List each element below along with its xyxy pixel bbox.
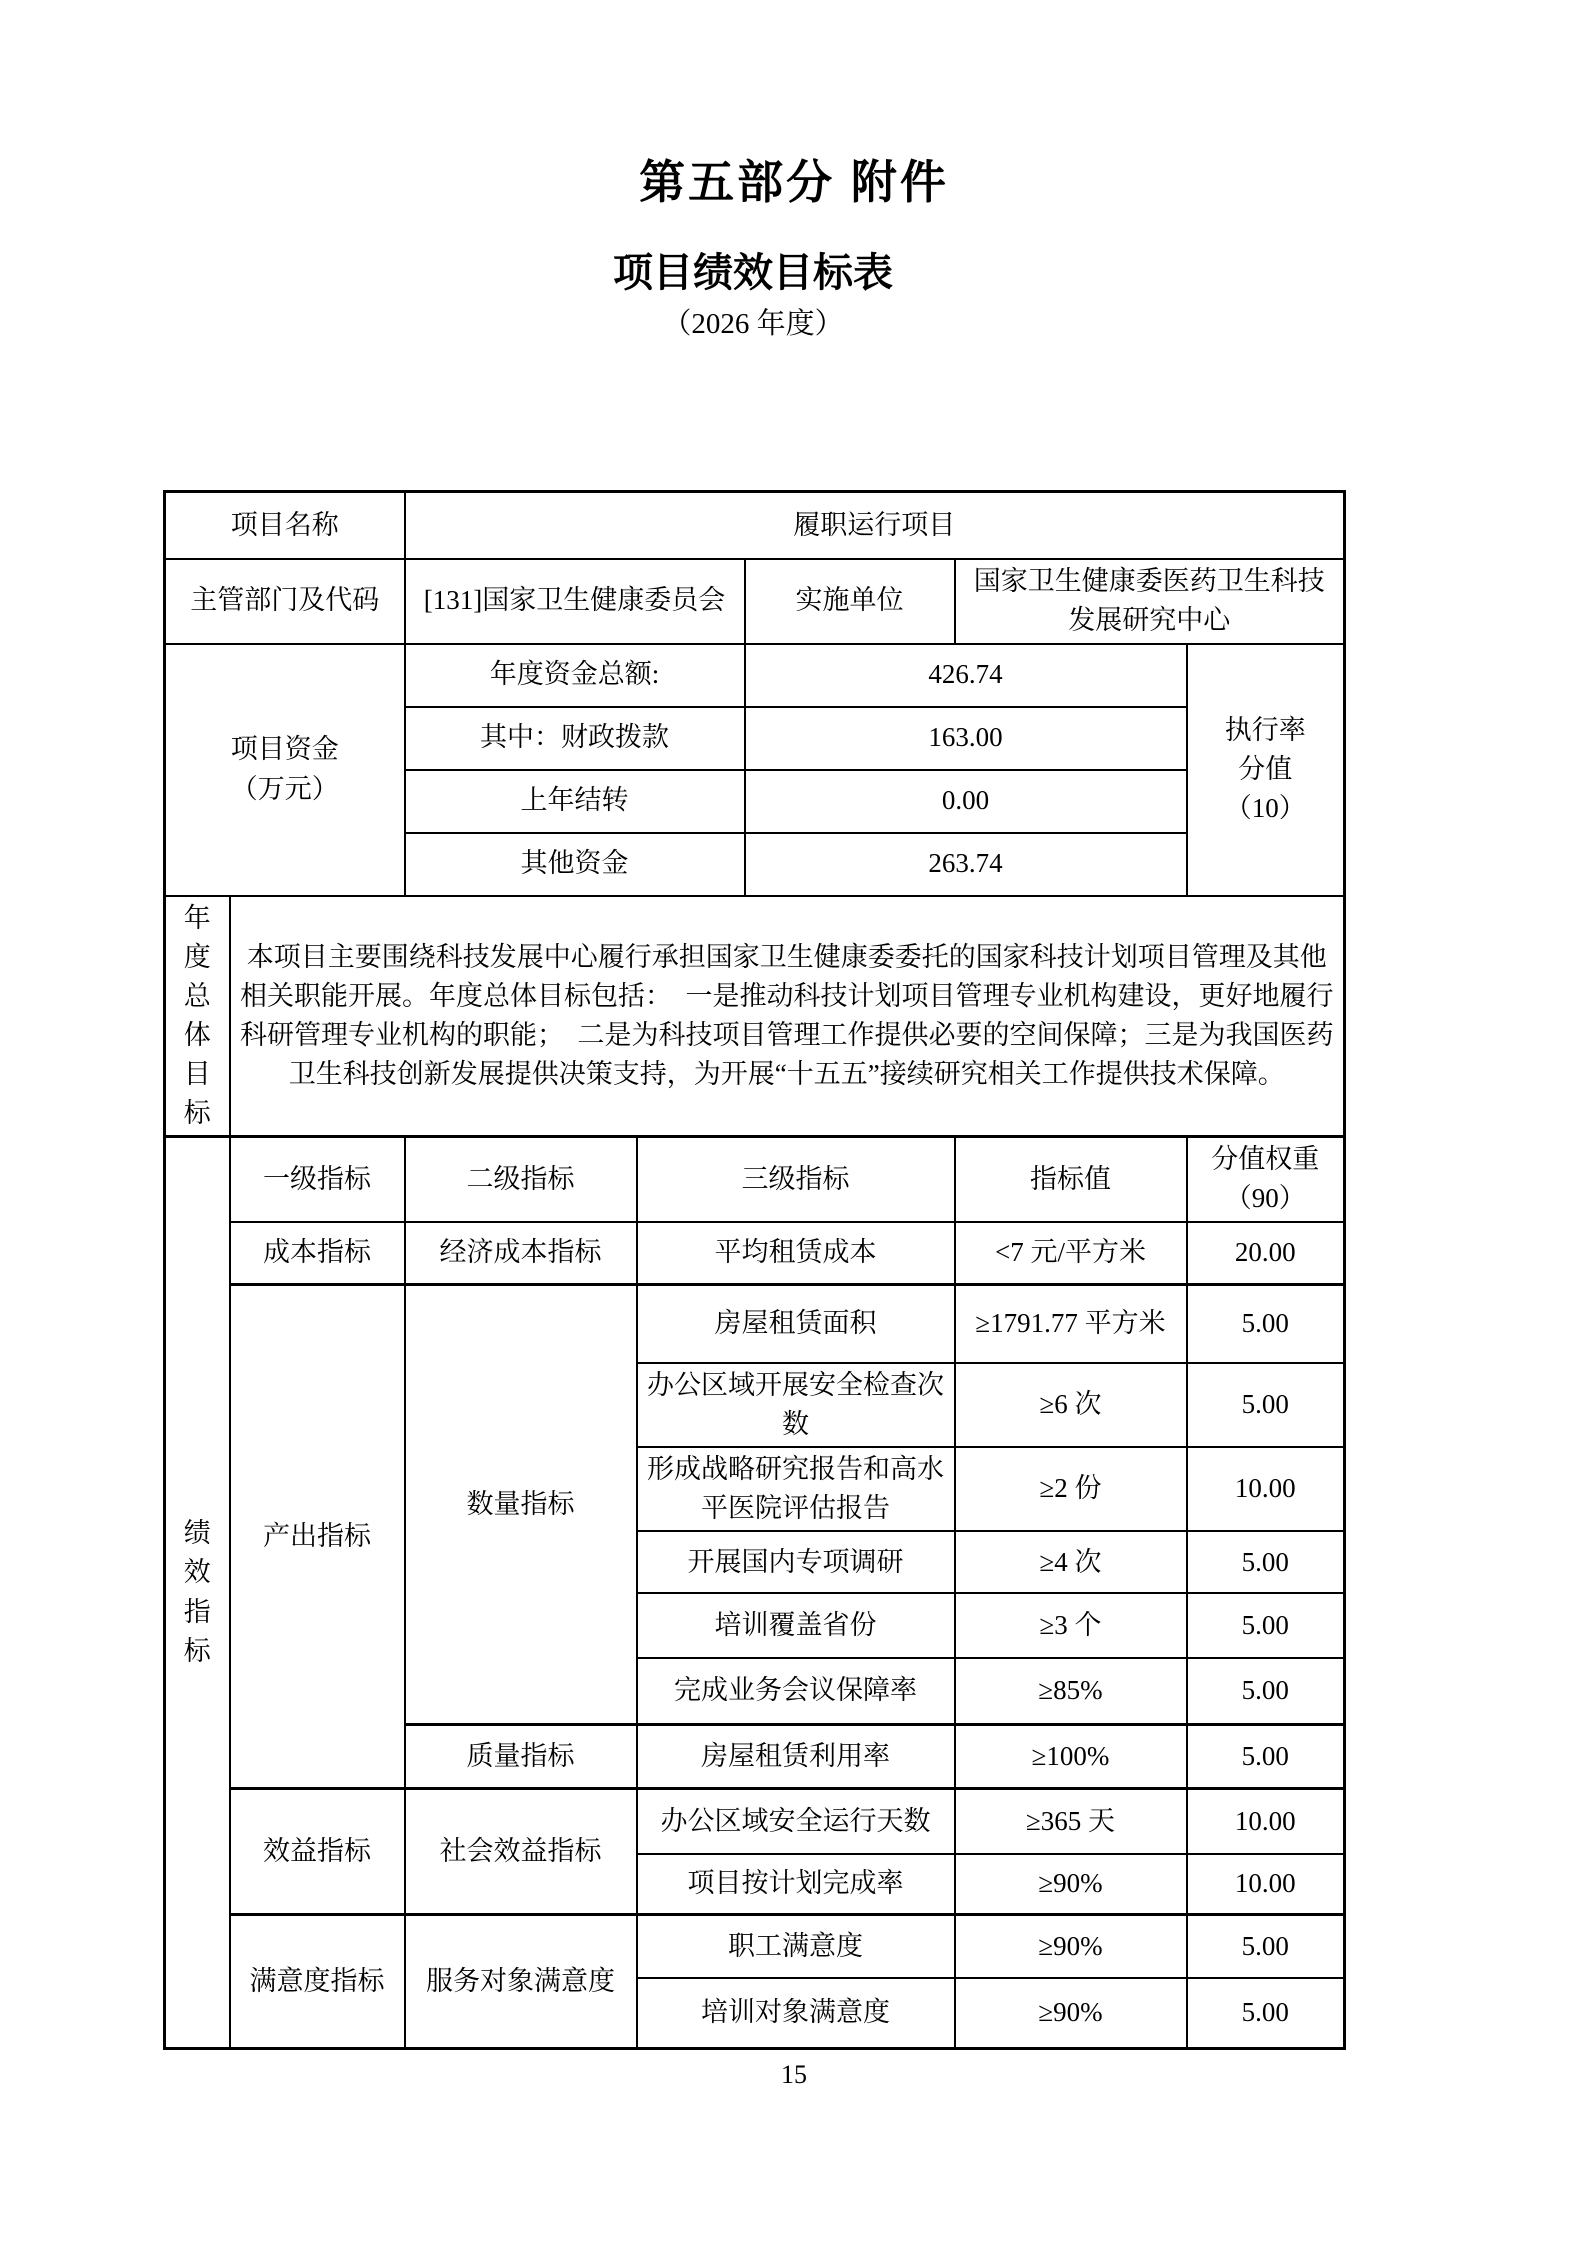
indicator-l3-cell: 办公区域开展安全检查次数 bbox=[637, 1363, 955, 1447]
indicator-weight-cell: 5.00 bbox=[1187, 1363, 1345, 1447]
indicator-weight-cell: 5.00 bbox=[1187, 1285, 1345, 1363]
impl-unit-value: 国家卫生健康委医药卫生科技发展研究中心 bbox=[955, 559, 1345, 644]
document-page: 第五部分 附件 项目绩效目标表 （2026 年度） 项目名称 履职运行项目 主管… bbox=[0, 0, 1588, 2245]
indicator-weight-cell: 5.00 bbox=[1187, 1724, 1345, 1788]
indicator-l3-cell: 完成业务会议保障率 bbox=[637, 1658, 955, 1724]
part-title: 第五部分 附件 bbox=[0, 146, 1588, 212]
indicator-l2-cell: 社会效益指标 bbox=[405, 1788, 637, 1914]
project-name-label: 项目名称 bbox=[165, 492, 405, 559]
indicator-value-cell: ≥4 次 bbox=[955, 1531, 1187, 1593]
indicator-l1-cell: 成本指标 bbox=[230, 1222, 405, 1285]
indicator-l3-cell: 形成战略研究报告和高水平医院评估报告 bbox=[637, 1447, 955, 1531]
fund-total-value: 426.74 bbox=[745, 644, 1187, 707]
fund-other-value: 263.74 bbox=[745, 833, 1187, 896]
indicators-side-label: 绩 效 指 标 bbox=[165, 1137, 230, 2048]
indicator-value-cell: ≥90% bbox=[955, 1854, 1187, 1914]
indicator-value-cell: ≥3 个 bbox=[955, 1593, 1187, 1658]
header-weight: 分值权重 （90） bbox=[1187, 1137, 1345, 1222]
header-level2: 二级指标 bbox=[405, 1137, 637, 1222]
indicator-weight-cell: 5.00 bbox=[1187, 1914, 1345, 1978]
indicator-l2-cell: 经济成本指标 bbox=[405, 1222, 637, 1285]
indicator-value-cell: ≥90% bbox=[955, 1914, 1187, 1978]
indicator-value-cell: ≥1791.77 平方米 bbox=[955, 1285, 1187, 1363]
row-department: 主管部门及代码 [131]国家卫生健康委员会 实施单位 国家卫生健康委医药卫生科… bbox=[165, 559, 1345, 644]
row-annual-goal: 年 度 总 体 目 标 本项目主要围绕科技发展中心履行承担国家卫生健康委委托的国… bbox=[165, 896, 1345, 1137]
indicator-l1-cell: 效益指标 bbox=[230, 1788, 405, 1914]
indicator-row: 成本指标 经济成本指标 平均租赁成本 <7 元/平方米 20.00 bbox=[165, 1222, 1345, 1285]
indicator-weight-cell: 5.00 bbox=[1187, 1593, 1345, 1658]
indicator-value-cell: ≥90% bbox=[955, 1978, 1187, 2048]
indicator-value-cell: ≥85% bbox=[955, 1658, 1187, 1724]
indicator-weight-cell: 5.00 bbox=[1187, 1978, 1345, 2048]
indicator-l3-cell: 培训对象满意度 bbox=[637, 1978, 955, 2048]
header-value: 指标值 bbox=[955, 1137, 1187, 1222]
year-label: （2026 年度） bbox=[163, 301, 1343, 342]
indicator-weight-cell: 20.00 bbox=[1187, 1222, 1345, 1285]
indicator-l3-cell: 项目按计划完成率 bbox=[637, 1854, 955, 1914]
indicator-weight-cell: 10.00 bbox=[1187, 1447, 1345, 1531]
fund-carryover-label: 上年结转 bbox=[405, 770, 745, 833]
dept-label: 主管部门及代码 bbox=[165, 559, 405, 644]
indicator-l2-cell: 质量指标 bbox=[405, 1724, 637, 1788]
header-level3: 三级指标 bbox=[637, 1137, 955, 1222]
fund-fiscal-value: 163.00 bbox=[745, 707, 1187, 770]
annual-goal-text: 本项目主要围绕科技发展中心履行承担国家卫生健康委委托的国家科技计划项目管理及其他… bbox=[230, 896, 1345, 1137]
indicator-l3-cell: 职工满意度 bbox=[637, 1914, 955, 1978]
header-level1: 一级指标 bbox=[230, 1137, 405, 1222]
row-project-name: 项目名称 履职运行项目 bbox=[165, 492, 1345, 559]
performance-target-table: 项目名称 履职运行项目 主管部门及代码 [131]国家卫生健康委员会 实施单位 … bbox=[163, 490, 1346, 2050]
indicator-weight-cell: 5.00 bbox=[1187, 1658, 1345, 1724]
indicator-row: 满意度指标 服务对象满意度 职工满意度 ≥90% 5.00 bbox=[165, 1914, 1345, 1978]
fund-total-label: 年度资金总额: bbox=[405, 644, 745, 707]
indicator-weight-cell: 10.00 bbox=[1187, 1788, 1345, 1854]
indicator-value-cell: ≥6 次 bbox=[955, 1363, 1187, 1447]
indicator-row: 产出指标 数量指标 房屋租赁面积 ≥1791.77 平方米 5.00 bbox=[165, 1285, 1345, 1363]
fund-section-label: 项目资金 （万元） bbox=[165, 644, 405, 896]
indicator-l3-cell: 开展国内专项调研 bbox=[637, 1531, 955, 1593]
doc-title: 项目绩效目标表 bbox=[163, 241, 1343, 298]
indicator-l2-cell: 数量指标 bbox=[405, 1285, 637, 1725]
indicator-l3-cell: 房屋租赁利用率 bbox=[637, 1724, 955, 1788]
indicator-l2-cell: 服务对象满意度 bbox=[405, 1914, 637, 2048]
fund-carryover-value: 0.00 bbox=[745, 770, 1187, 833]
page-number: 15 bbox=[0, 2060, 1588, 2090]
fund-fiscal-label: 其中：财政拨款 bbox=[405, 707, 745, 770]
execution-rate-score-label: 执行率 分值 （10） bbox=[1187, 644, 1345, 896]
indicator-l3-cell: 房屋租赁面积 bbox=[637, 1285, 955, 1363]
indicator-weight-cell: 10.00 bbox=[1187, 1854, 1345, 1914]
annual-goal-side-label: 年 度 总 体 目 标 bbox=[165, 896, 230, 1137]
indicator-l3-cell: 办公区域安全运行天数 bbox=[637, 1788, 955, 1854]
indicator-l3-cell: 平均租赁成本 bbox=[637, 1222, 955, 1285]
indicator-l1-cell: 满意度指标 bbox=[230, 1914, 405, 2048]
indicator-value-cell: ≥2 份 bbox=[955, 1447, 1187, 1531]
indicator-weight-cell: 5.00 bbox=[1187, 1531, 1345, 1593]
row-fund-total: 项目资金 （万元） 年度资金总额: 426.74 执行率 分值 （10） bbox=[165, 644, 1345, 707]
indicator-l1-cell: 产出指标 bbox=[230, 1285, 405, 1789]
fund-other-label: 其他资金 bbox=[405, 833, 745, 896]
indicator-l3-cell: 培训覆盖省份 bbox=[637, 1593, 955, 1658]
row-indicator-header: 绩 效 指 标 一级指标 二级指标 三级指标 指标值 分值权重 （90） bbox=[165, 1137, 1345, 1222]
indicator-row: 效益指标 社会效益指标 办公区域安全运行天数 ≥365 天 10.00 bbox=[165, 1788, 1345, 1854]
impl-unit-label: 实施单位 bbox=[745, 559, 955, 644]
dept-value: [131]国家卫生健康委员会 bbox=[405, 559, 745, 644]
indicator-value-cell: ≥365 天 bbox=[955, 1788, 1187, 1854]
project-name-value: 履职运行项目 bbox=[405, 492, 1345, 559]
indicator-value-cell: ≥100% bbox=[955, 1724, 1187, 1788]
indicator-value-cell: <7 元/平方米 bbox=[955, 1222, 1187, 1285]
